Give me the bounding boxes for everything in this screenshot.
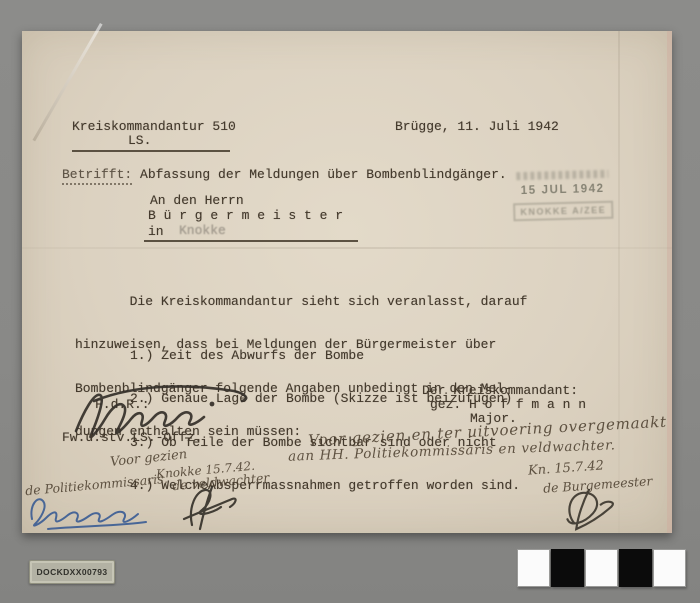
signer-title: Der Kreiskommandant: — [422, 383, 578, 398]
annotation-right-date: Kn. 15.7.42 — [528, 458, 605, 478]
receipt-stamp: 15 JUL 1942 KNOKKE A/ZEE — [510, 170, 615, 231]
politiekommissaris-signature-blue — [24, 489, 174, 533]
stamp-town: KNOKKE A/ZEE — [513, 201, 613, 222]
paper-fold-line — [22, 247, 672, 249]
scale-bar-segment-white — [653, 549, 686, 587]
paper-edge-tint — [667, 31, 672, 533]
sender-unit-sub: LS. — [128, 133, 151, 148]
archive-label-text: DOCKDXX00793 — [37, 567, 108, 577]
recipient-line2: B ü r g e r m e i s t e r — [148, 208, 343, 223]
subject-text: Abfassung der Meldungen über Bombenblind… — [132, 167, 506, 182]
officer-role-line: Fw.u.stv.LS.-Offz. — [62, 430, 202, 445]
veldwachter-signature — [164, 483, 254, 533]
recipient-line1: An den Herrn — [150, 193, 244, 208]
recipient-town-stamp: Knokke — [179, 223, 226, 238]
signer-name: gez. H o f f m a n n — [430, 397, 586, 412]
place-date-line: Brügge, 11. Juli 1942 — [395, 119, 559, 134]
stamp-header-smudge — [516, 170, 608, 180]
photo-scale-bar — [517, 549, 687, 587]
scale-bar-segment-black — [551, 549, 584, 587]
scanned-document-page: { "meta": { "archive_label": "DOCKDXX007… — [0, 0, 700, 603]
stamp-date: 15 JUL 1942 — [511, 183, 615, 198]
scale-bar-segment-white — [585, 549, 618, 587]
recipient-underline — [144, 240, 358, 242]
subject-line: Betrifft: Abfassung der Meldungen über B… — [62, 167, 507, 182]
sender-unit: Kreiskommandantur 510 — [72, 119, 236, 134]
paper-crease-vertical — [618, 31, 620, 533]
scale-bar-segment-white — [517, 549, 550, 587]
burgemeester-signature — [540, 486, 635, 533]
subject-label: Betrifft: — [62, 167, 132, 185]
scale-bar-segment-black — [619, 549, 652, 587]
letter-paper: Kreiskommandantur 510 LS. Brügge, 11. Ju… — [22, 31, 672, 533]
body-line: Die Kreiskommandantur sieht sich veranla… — [75, 295, 527, 308]
letterhead-underline — [72, 150, 230, 152]
recipient-line3: in — [148, 224, 164, 239]
list-item: 1.) Zeit des Abwurfs der Bombe — [130, 349, 520, 362]
archive-label-plate: DOCKDXX00793 — [29, 560, 115, 584]
